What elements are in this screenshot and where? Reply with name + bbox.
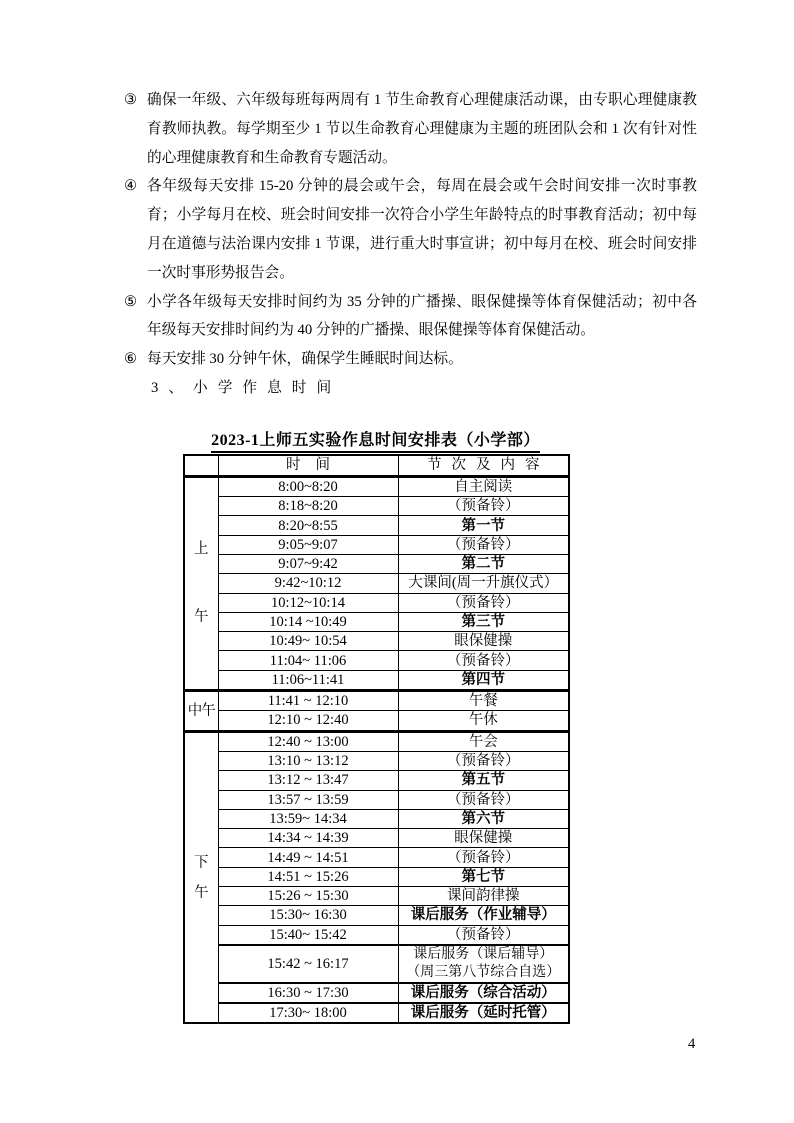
time-cell: 14:34 ~ 14:39 bbox=[218, 829, 398, 848]
time-cell: 8:00~8:20 bbox=[218, 476, 398, 496]
table-row: 9:07~9:42 第二节 bbox=[184, 554, 569, 573]
section-subheading: 3、小学作息时间 bbox=[151, 374, 697, 403]
time-cell: 14:51 ~ 15:26 bbox=[218, 867, 398, 886]
content-cell: （预备铃） bbox=[398, 593, 569, 612]
table-row: 10:49~ 10:54 眼保健操 bbox=[184, 632, 569, 651]
group-label-afternoon: 下 午 bbox=[184, 731, 218, 1023]
time-cell: 13:12 ~ 13:47 bbox=[218, 771, 398, 790]
time-cell: 11:41 ~ 12:10 bbox=[218, 691, 398, 711]
table-row: 14:51 ~ 15:26 第七节 bbox=[184, 867, 569, 886]
time-cell: 13:10 ~ 13:12 bbox=[218, 751, 398, 770]
content-cell: 眼保健操 bbox=[398, 829, 569, 848]
paragraph-text: 每天安排 30 分钟午休，确保学生睡眠时间达标。 bbox=[147, 345, 697, 374]
schedule-table-container: 2023-1上师五实验作息时间安排表（小学部） 时间 节次及内容 上 午 8:0… bbox=[183, 427, 568, 1025]
document-page: { "paragraphs": [ { "marker": "③", "text… bbox=[0, 0, 794, 1123]
table-row: 下 午 12:40 ~ 13:00 午会 bbox=[184, 731, 569, 751]
table-title: 2023-1上师五实验作息时间安排表（小学部） bbox=[183, 427, 568, 453]
content-cell: 课后服务（综合活动） bbox=[398, 983, 569, 1003]
time-cell: 16:30 ~ 17:30 bbox=[218, 983, 398, 1003]
content-cell: （预备铃） bbox=[398, 751, 569, 770]
table-row: 14:49 ~ 14:51 （预备铃） bbox=[184, 848, 569, 867]
time-cell: 15:26 ~ 15:30 bbox=[218, 887, 398, 906]
content-cell: 午休 bbox=[398, 711, 569, 731]
table-row: 13:12 ~ 13:47 第五节 bbox=[184, 771, 569, 790]
page-number: 4 bbox=[688, 1036, 695, 1053]
time-cell: 12:10 ~ 12:40 bbox=[218, 711, 398, 731]
paragraph-text: 小学各年级每天安排时间约为 35 分钟的广播操、眼保健操等体育保健活动；初中各年… bbox=[147, 288, 697, 346]
table-row: 10:12~10:14 （预备铃） bbox=[184, 593, 569, 612]
table-row: 13:59~ 14:34 第六节 bbox=[184, 809, 569, 828]
content-cell: 第六节 bbox=[398, 809, 569, 828]
content-cell: 课后服务（作业辅导） bbox=[398, 906, 569, 925]
time-cell: 10:14 ~10:49 bbox=[218, 612, 398, 631]
content-cell: 课间韵律操 bbox=[398, 887, 569, 906]
content-cell: 第一节 bbox=[398, 516, 569, 535]
content-cell: 第五节 bbox=[398, 771, 569, 790]
content-cell: （预备铃） bbox=[398, 925, 569, 945]
paragraph-4: ④ 各年级每天安排 15-20 分钟的晨会或午会，每周在晨会或午会时间安排一次时… bbox=[124, 172, 697, 287]
table-row: 13:10 ~ 13:12 （预备铃） bbox=[184, 751, 569, 770]
table-row: 8:20~8:55 第一节 bbox=[184, 516, 569, 535]
group-label-morning: 上 午 bbox=[184, 476, 218, 690]
table-row: 16:30 ~ 17:30 课后服务（综合活动） bbox=[184, 983, 569, 1003]
content-cell: （预备铃） bbox=[398, 848, 569, 867]
table-row: 11:06~11:41 第四节 bbox=[184, 670, 569, 690]
table-row: 17:30~ 18:00 课后服务（延时托管） bbox=[184, 1003, 569, 1023]
content-cell: （预备铃） bbox=[398, 790, 569, 809]
table-row: 8:18~8:20 （预备铃） bbox=[184, 497, 569, 516]
content-cell: （预备铃） bbox=[398, 651, 569, 670]
content-cell: 第三节 bbox=[398, 612, 569, 631]
table-row: 15:42 ~ 16:17 课后服务（课后辅导） （周三第八节综合自选） bbox=[184, 945, 569, 983]
content-cell: 午餐 bbox=[398, 691, 569, 711]
table-row: 10:14 ~10:49 第三节 bbox=[184, 612, 569, 631]
paragraph-6: ⑥ 每天安排 30 分钟午休，确保学生睡眠时间达标。 bbox=[124, 345, 697, 374]
content-cell: 午会 bbox=[398, 731, 569, 751]
content-cell: 大课间(周一升旗仪式） bbox=[398, 574, 569, 593]
list-marker: ⑤ bbox=[124, 288, 147, 346]
time-cell: 13:59~ 14:34 bbox=[218, 809, 398, 828]
time-cell: 8:18~8:20 bbox=[218, 497, 398, 516]
time-cell: 11:06~11:41 bbox=[218, 670, 398, 690]
time-cell: 13:57 ~ 13:59 bbox=[218, 790, 398, 809]
time-cell: 9:07~9:42 bbox=[218, 554, 398, 573]
header-group-cell bbox=[184, 455, 218, 477]
content-cell: 自主阅读 bbox=[398, 476, 569, 496]
time-cell: 9:42~10:12 bbox=[218, 574, 398, 593]
content-cell: 第四节 bbox=[398, 670, 569, 690]
list-marker: ⑥ bbox=[124, 345, 147, 374]
list-marker: ③ bbox=[124, 86, 147, 172]
table-row: 14:34 ~ 14:39 眼保健操 bbox=[184, 829, 569, 848]
content-cell: 眼保健操 bbox=[398, 632, 569, 651]
paragraph-3: ③ 确保一年级、六年级每班每两周有 1 节生命教育心理健康活动课，由专职心理健康… bbox=[124, 86, 697, 172]
content-cell: 第七节 bbox=[398, 867, 569, 886]
content-cell: 第二节 bbox=[398, 554, 569, 573]
time-cell: 11:04~ 11:06 bbox=[218, 651, 398, 670]
table-row: 15:30~ 16:30 课后服务（作业辅导） bbox=[184, 906, 569, 925]
paragraph-5: ⑤ 小学各年级每天安排时间约为 35 分钟的广播操、眼保健操等体育保健活动；初中… bbox=[124, 288, 697, 346]
time-cell: 15:42 ~ 16:17 bbox=[218, 945, 398, 983]
content-cell: （预备铃） bbox=[398, 497, 569, 516]
content-cell: 课后服务（延时托管） bbox=[398, 1003, 569, 1023]
header-content: 节次及内容 bbox=[398, 455, 569, 477]
table-row: 9:05~9:07 （预备铃） bbox=[184, 535, 569, 554]
time-cell: 17:30~ 18:00 bbox=[218, 1003, 398, 1023]
table-row: 13:57 ~ 13:59 （预备铃） bbox=[184, 790, 569, 809]
time-cell: 15:40~ 15:42 bbox=[218, 925, 398, 945]
table-row: 中午 11:41 ~ 12:10 午餐 bbox=[184, 691, 569, 711]
table-row: 15:26 ~ 15:30 课间韵律操 bbox=[184, 887, 569, 906]
time-cell: 15:30~ 16:30 bbox=[218, 906, 398, 925]
group-label-noon: 中午 bbox=[184, 691, 218, 732]
header-time: 时间 bbox=[218, 455, 398, 477]
list-marker: ④ bbox=[124, 172, 147, 287]
paragraph-text: 各年级每天安排 15-20 分钟的晨会或午会，每周在晨会或午会时间安排一次时事教… bbox=[147, 172, 697, 287]
time-cell: 12:40 ~ 13:00 bbox=[218, 731, 398, 751]
header-row: 时间 节次及内容 bbox=[184, 455, 569, 477]
time-cell: 14:49 ~ 14:51 bbox=[218, 848, 398, 867]
schedule-table: 时间 节次及内容 上 午 8:00~8:20 自主阅读 8:18~8:20 （预… bbox=[183, 454, 570, 1025]
table-row: 15:40~ 15:42 （预备铃） bbox=[184, 925, 569, 945]
table-row: 上 午 8:00~8:20 自主阅读 bbox=[184, 476, 569, 496]
content-cell: 课后服务（课后辅导） （周三第八节综合自选） bbox=[398, 945, 569, 983]
time-cell: 9:05~9:07 bbox=[218, 535, 398, 554]
content-cell: （预备铃） bbox=[398, 535, 569, 554]
time-cell: 10:12~10:14 bbox=[218, 593, 398, 612]
paragraph-text: 确保一年级、六年级每班每两周有 1 节生命教育心理健康活动课，由专职心理健康教育… bbox=[147, 86, 697, 172]
time-cell: 8:20~8:55 bbox=[218, 516, 398, 535]
time-cell: 10:49~ 10:54 bbox=[218, 632, 398, 651]
table-row: 12:10 ~ 12:40 午休 bbox=[184, 711, 569, 731]
table-row: 9:42~10:12 大课间(周一升旗仪式） bbox=[184, 574, 569, 593]
table-row: 11:04~ 11:06 （预备铃） bbox=[184, 651, 569, 670]
